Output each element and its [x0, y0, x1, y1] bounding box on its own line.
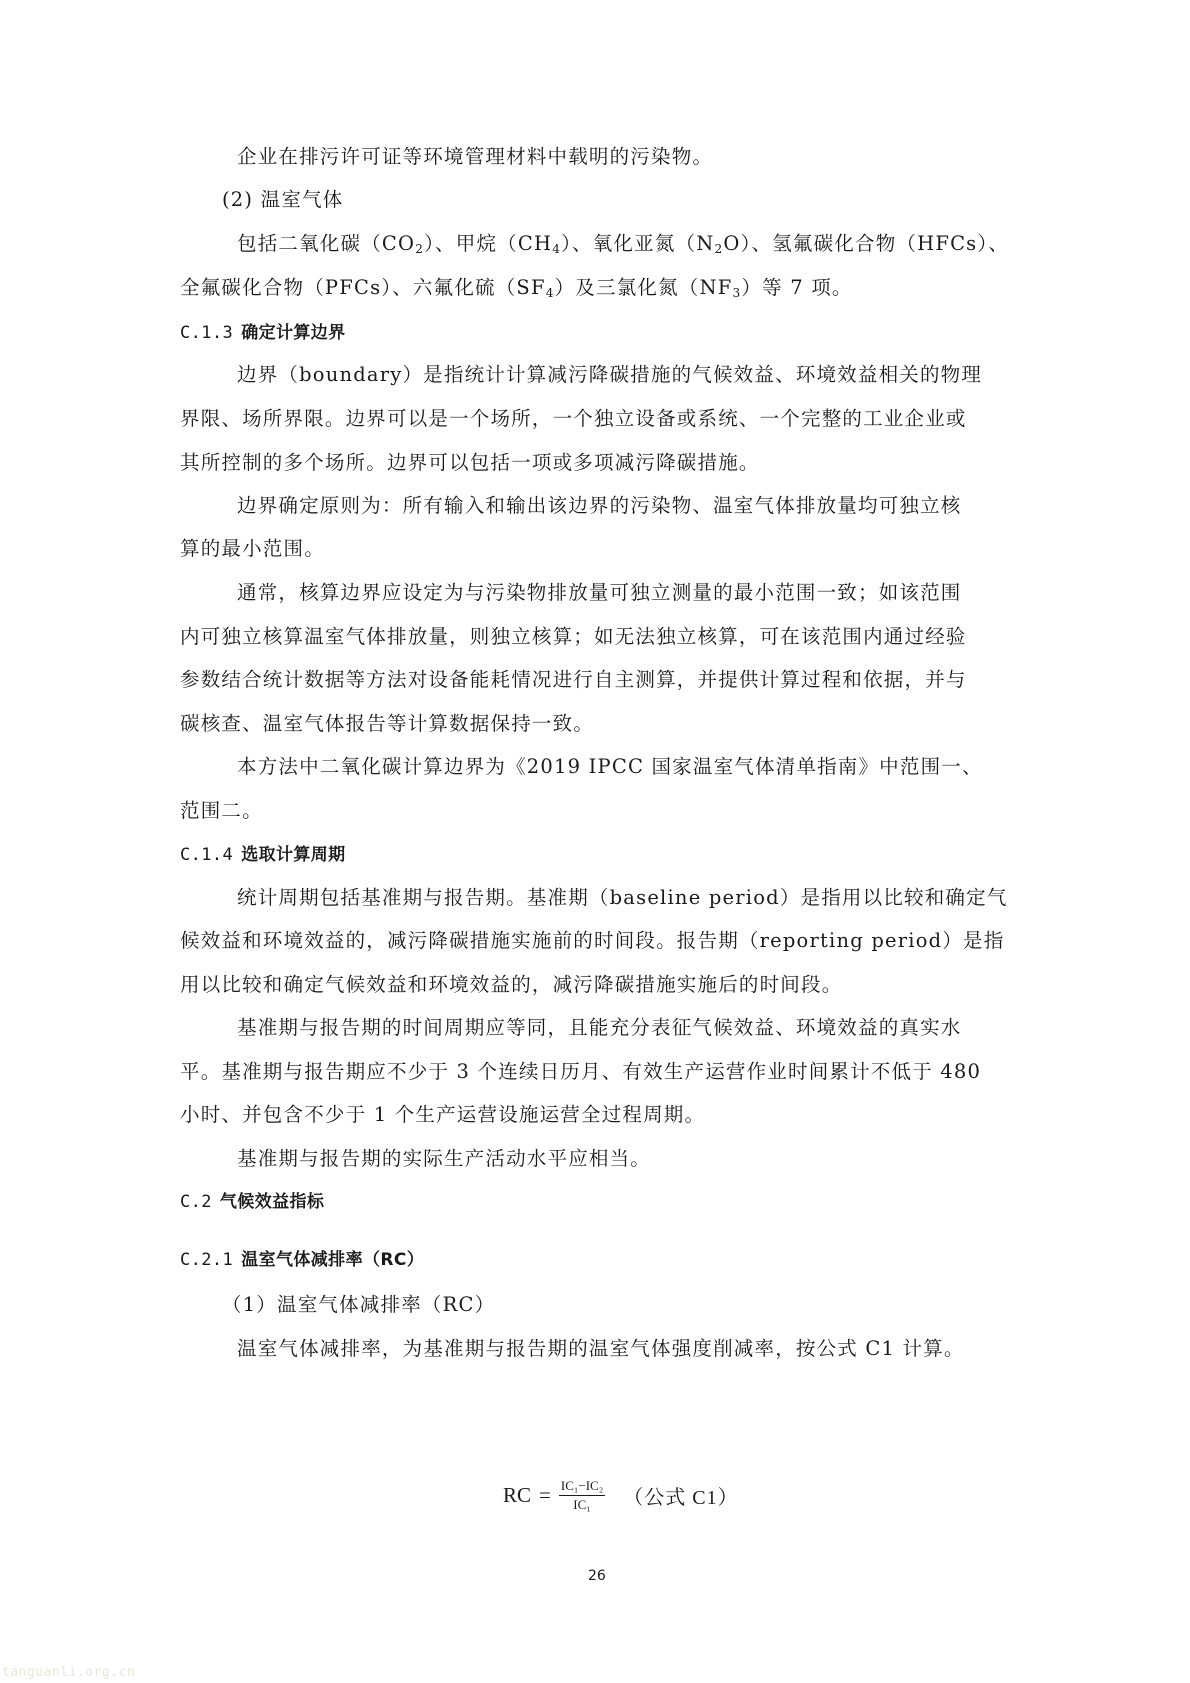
list-item-greenhouse-gas: (2) 温室气体 — [222, 186, 343, 214]
subscript: 4 — [552, 242, 561, 256]
section-title: 温室气体减排率（RC） — [241, 1250, 424, 1270]
paragraph-line: 小时、并包含不少于 1 个生产运营设施运营全过程周期。 — [180, 1101, 705, 1129]
paragraph-line: 界限、场所界限。边界可以是一个场所，一个独立设备或系统、一个完整的工业企业或 — [180, 405, 967, 433]
section-number: C.1.4 — [180, 845, 233, 865]
paragraph-line: 平。基准期与报告期应不少于 3 个连续日历月、有效生产运营作业时间累计不低于 4… — [180, 1058, 981, 1086]
section-title: 气候效益指标 — [220, 1192, 324, 1212]
paragraph-line: 参数结合统计数据等方法对设备能耗情况进行自主测算，并提供计算过程和依据，并与 — [180, 666, 967, 694]
section-title: 选取计算周期 — [241, 845, 345, 865]
section-title: 确定计算边界 — [241, 323, 345, 343]
paragraph-line: 碳核查、温室气体报告等计算数据保持一致。 — [180, 710, 594, 738]
paragraph-line: 边界确定原则为：所有输入和输出该边界的污染物、温室气体排放量均可独立核 — [237, 492, 962, 520]
formula-fraction: IC₁−IC₂ IC₁ — [559, 1478, 605, 1513]
section-number: C.2 — [180, 1192, 212, 1212]
paragraph-line: 用以比较和确定气候效益和环境效益的，减污降碳措施实施后的时间段。 — [180, 971, 842, 999]
formula-lhs: RC — [503, 1483, 531, 1508]
watermark: tanguanli.org.cn — [2, 1665, 135, 1680]
paragraph-line: 内可独立核算温室气体排放量，则独立核算；如无法独立核算，可在该范围内通过经验 — [180, 623, 967, 651]
formula-tag: （公式 C1） — [623, 1481, 738, 1510]
text: (2) 温室气体 — [222, 188, 343, 211]
paragraph-line: 算的最小范围。 — [180, 535, 325, 563]
paragraph-line: 统计周期包括基准期与报告期。基准期（baseline period）是指用以比较… — [237, 884, 1008, 912]
paragraph-line: 基准期与报告期的实际生产活动水平应相当。 — [237, 1145, 651, 1173]
paragraph-line: 基准期与报告期的时间周期应等同，且能充分表征气候效益、环境效益的真实水 — [237, 1014, 962, 1042]
section-number: C.2.1 — [180, 1250, 233, 1270]
formula-c1: RC = IC₁−IC₂ IC₁ （公式 C1） — [503, 1478, 739, 1513]
text: 企业在排污许可证等环境管理材料中载明的污染物。 — [237, 145, 713, 168]
page-number: 26 — [588, 1568, 606, 1584]
text: ）等 7 项。 — [741, 276, 852, 299]
paragraph-line: 候效益和环境效益的，减污降碳措施实施前的时间段。报告期（reporting pe… — [180, 927, 1004, 955]
list-item-rc: （1）温室气体减排率（RC） — [222, 1291, 495, 1319]
paragraph-line: 温室气体减排率，为基准期与报告期的温室气体强度削减率，按公式 C1 计算。 — [237, 1335, 965, 1363]
text: ）及三氯化氮（NF — [555, 276, 733, 299]
paragraph-line: 其所控制的多个场所。边界可以包括一项或多项减污降碳措施。 — [180, 449, 760, 477]
paragraph-line: 范围二。 — [180, 797, 263, 825]
paragraph-line: 边界（boundary）是指统计计算减污降碳措施的气候效益、环境效益相关的物理 — [237, 361, 982, 389]
subscript: 4 — [546, 286, 555, 300]
paragraph-line: 企业在排污许可证等环境管理材料中载明的污染物。 — [237, 143, 713, 171]
text: 全氟碳化合物（PFCs）、六氟化硫（SF — [180, 276, 546, 299]
paragraph-line: 全氟碳化合物（PFCs）、六氟化硫（SF4）及三氯化氮（NF3）等 7 项。 — [180, 274, 853, 302]
paragraph-line: 通常，核算边界应设定为与污染物排放量可独立测量的最小范围一致；如该范围 — [237, 579, 962, 607]
formula-equals: = — [539, 1483, 551, 1508]
section-heading-c13: C.1.3确定计算边界 — [180, 320, 346, 346]
text: ）、甲烷（CH — [424, 232, 552, 255]
section-heading-c14: C.1.4选取计算周期 — [180, 842, 346, 868]
text: ）、氧化亚氮（N — [561, 232, 714, 255]
paragraph-line: 本方法中二氧化碳计算边界为《2019 IPCC 国家温室气体清单指南》中范围一、 — [237, 753, 983, 781]
section-heading-c21: C.2.1温室气体减排率（RC） — [180, 1247, 424, 1273]
text: 包括二氧化碳（CO — [237, 232, 415, 255]
text: O）、氢氟碳化合物（HFCs）、 — [723, 232, 1009, 255]
formula-numerator: IC₁−IC₂ — [559, 1478, 605, 1496]
document-page: 企业在排污许可证等环境管理材料中载明的污染物。 (2) 温室气体 包括二氧化碳（… — [0, 0, 1190, 1683]
formula-denominator: IC₁ — [573, 1496, 591, 1513]
section-heading-c2: C.2气候效益指标 — [180, 1189, 324, 1215]
subscript: 2 — [415, 242, 424, 256]
paragraph-line: 包括二氧化碳（CO2）、甲烷（CH4）、氧化亚氮（N2O）、氢氟碳化合物（HFC… — [237, 230, 1009, 258]
section-number: C.1.3 — [180, 323, 233, 343]
